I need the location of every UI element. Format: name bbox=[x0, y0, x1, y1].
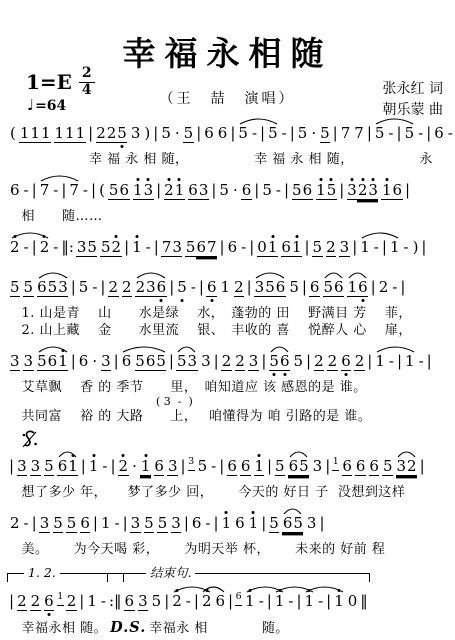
note-token: 1 bbox=[274, 593, 285, 610]
note-token: 225 bbox=[96, 125, 128, 143]
note-token: 6 bbox=[227, 458, 238, 476]
note-token: 5 bbox=[374, 125, 385, 142]
note-token: - bbox=[23, 182, 29, 199]
note-token: 323 bbox=[347, 182, 379, 200]
barline-token: | bbox=[164, 593, 169, 610]
notation-line: 2-|2-‖:3552|1-|73567|6-|0161|523|1-|1-)| bbox=[8, 228, 453, 265]
lyric-segment: 幸福永相 随。 bbox=[8, 621, 107, 636]
barline-token: | bbox=[32, 239, 37, 256]
note-token: - bbox=[403, 239, 409, 256]
notation-line: 6-|7-|7-|(5613|2163|5·6|5-|5615|32316| bbox=[8, 171, 453, 208]
barline-token: | bbox=[260, 125, 265, 142]
music-system: 6-|7-|7-|(5613|2163|5·6|5-|5615|32316| 相… bbox=[8, 171, 453, 225]
barline-token: | bbox=[306, 353, 311, 370]
note-token: 5 bbox=[177, 279, 188, 296]
barline-token: | bbox=[71, 353, 76, 370]
note-token: 6 bbox=[206, 279, 217, 297]
music-system: 33561|6·3|6565|533|223|565|2262|1-|1-| 艾… bbox=[8, 342, 453, 425]
note-token: 2 bbox=[30, 593, 41, 611]
music-system: |22612|1-:‖635|2-|26|61-|1-|1-|10‖1. 2.结… bbox=[8, 561, 453, 637]
barline-token: :‖ bbox=[109, 593, 122, 610]
note-token: 7 bbox=[39, 182, 50, 199]
barline-token: | bbox=[71, 279, 76, 296]
barline-token: | bbox=[228, 593, 233, 610]
barline-token: | bbox=[9, 593, 14, 610]
note-token: 2 bbox=[108, 279, 119, 297]
note-token: 5 bbox=[53, 515, 64, 533]
note-token: 1 bbox=[132, 239, 143, 256]
note-token: 356 bbox=[254, 279, 286, 297]
note-token: 56 bbox=[292, 182, 313, 200]
note-token: 567 bbox=[185, 239, 217, 257]
barline-token: | bbox=[220, 239, 225, 256]
note-token: 3 bbox=[339, 239, 350, 257]
note-token: 6 bbox=[121, 353, 132, 370]
note-token: - bbox=[318, 593, 324, 610]
note-token: 1 bbox=[405, 353, 416, 370]
barline-token: | bbox=[405, 182, 410, 199]
octave-dot-high bbox=[351, 178, 354, 181]
note-token: ( bbox=[10, 125, 17, 142]
note-token: · bbox=[311, 125, 317, 142]
barline-token: | bbox=[319, 515, 324, 532]
barline-token: | bbox=[153, 125, 158, 142]
note-token: 2 bbox=[17, 593, 28, 611]
note-token: 3 bbox=[17, 458, 28, 476]
note-token: 3 bbox=[30, 458, 41, 476]
note-token: 5 bbox=[44, 458, 55, 476]
note-token: 2 bbox=[66, 593, 77, 611]
note-token: - bbox=[288, 593, 294, 610]
note-token: 1 bbox=[389, 239, 400, 256]
note-token: - bbox=[251, 125, 257, 142]
note-token: 6 bbox=[369, 458, 380, 476]
note-token: 5 bbox=[161, 125, 172, 142]
barline-token: | bbox=[169, 279, 174, 296]
barline-token: | bbox=[123, 515, 128, 532]
lyric-line: 1. 山是青 山 水是绿 水， 蓬勃的 田 野满目 芳 菲， bbox=[8, 305, 453, 322]
barline-token: | bbox=[261, 353, 266, 370]
lyric-line: 美。 为今天喝 彩， 为明天举 杯， 未来的 好前 程 bbox=[8, 541, 453, 558]
note-token: 1 bbox=[220, 279, 231, 296]
barline-token: | bbox=[219, 458, 224, 475]
note-token: 1 bbox=[248, 515, 259, 532]
ending-label: 结束句. bbox=[146, 565, 195, 580]
lyric-line: 相 随…… bbox=[8, 208, 453, 225]
barline-token: | bbox=[261, 515, 266, 532]
note-token: 53 bbox=[176, 353, 197, 371]
note-token: 3 bbox=[167, 458, 178, 476]
barline-token: | bbox=[214, 353, 219, 370]
note-token: 3 bbox=[306, 515, 317, 532]
barline-token: | bbox=[352, 239, 357, 256]
note-token: 236 bbox=[135, 279, 167, 297]
barline-token: | bbox=[9, 458, 14, 475]
barline-token: | bbox=[267, 458, 272, 475]
lyric-line: 2. 山上藏 金 水里流 银、 丰收的 喜 悦醉人 心 扉， bbox=[8, 322, 453, 339]
barline-token: | bbox=[249, 239, 254, 256]
note-token: 6 bbox=[154, 458, 165, 476]
lyric-segment: 幸福永 相 随。 bbox=[149, 621, 289, 636]
octave-dot-low bbox=[283, 373, 286, 376]
barline-token: | bbox=[426, 125, 431, 142]
note-token: - bbox=[275, 182, 281, 199]
note-token: 6 bbox=[204, 125, 215, 142]
note-token: 2 bbox=[327, 353, 338, 371]
octave-dot-high bbox=[337, 589, 340, 592]
note-token: - bbox=[145, 239, 151, 256]
song-title: 幸福永相随 bbox=[0, 28, 455, 75]
note-token: 5 bbox=[320, 125, 331, 143]
note-token: 6 bbox=[309, 279, 320, 297]
note-token: 5 bbox=[275, 458, 286, 476]
note-token: 2 bbox=[314, 353, 325, 371]
barline-token: | bbox=[427, 353, 432, 370]
music-system: 2-|2-‖:3552|1-|73567|6-|0161|523|1-|1-)| bbox=[8, 228, 453, 265]
note-token: 3 bbox=[248, 353, 259, 371]
note-token: 653 bbox=[37, 279, 69, 297]
note-token: 5 bbox=[78, 279, 89, 296]
note-token: - bbox=[114, 515, 120, 532]
note-token: - bbox=[53, 239, 59, 256]
note-token: 5 bbox=[183, 125, 194, 143]
note-token: 2 bbox=[122, 279, 133, 297]
barline-token: | bbox=[267, 593, 272, 610]
barline-token: ‖ bbox=[360, 593, 368, 610]
note-token: 56 bbox=[269, 353, 290, 371]
note-token: 1 bbox=[304, 593, 315, 610]
octave-dot-high bbox=[205, 589, 208, 592]
note-token: 1 bbox=[88, 458, 99, 475]
note-token: 7 bbox=[69, 182, 80, 199]
barline-token: | bbox=[284, 182, 289, 199]
barline-token: | bbox=[61, 182, 66, 199]
note-token: ) bbox=[144, 125, 151, 142]
note-token: ( bbox=[99, 182, 106, 199]
note-token: 52 bbox=[100, 239, 121, 257]
note-token: 5 bbox=[219, 182, 230, 199]
octave-dot-high bbox=[135, 235, 138, 238]
note-token: 5 bbox=[404, 125, 415, 142]
note-token: 6 bbox=[215, 593, 226, 610]
note-token: - bbox=[100, 593, 106, 610]
note-token: - bbox=[102, 458, 108, 475]
note-token: 6 bbox=[240, 458, 251, 476]
barline-token: | bbox=[421, 239, 426, 256]
note-token: 7 bbox=[354, 125, 365, 142]
note-token: - bbox=[447, 125, 453, 142]
note-token: 561 bbox=[37, 353, 69, 371]
barline-token: | bbox=[79, 593, 84, 610]
octave-dot-high bbox=[295, 235, 298, 238]
note-token: 6 bbox=[355, 458, 366, 476]
note-token: 6 bbox=[341, 353, 352, 371]
note-token: · bbox=[232, 182, 238, 199]
note-token: 1 bbox=[245, 593, 256, 610]
octave-dot-high bbox=[122, 454, 125, 457]
barline-token: | bbox=[154, 239, 159, 256]
note-token: · bbox=[132, 458, 138, 475]
barline-token: | bbox=[296, 593, 301, 610]
octave-dot-high bbox=[225, 511, 228, 514]
grace-note: 1 bbox=[332, 453, 339, 471]
barline-token: | bbox=[156, 182, 161, 199]
note-token: 5 bbox=[289, 279, 300, 296]
lyric-line: 想了多少 年， 梦了多少 回， 今天的 好日 子 没想到这样 bbox=[8, 484, 453, 501]
octave-dot-high bbox=[167, 178, 170, 181]
note-token: 1 bbox=[360, 239, 371, 256]
note-token: 16 bbox=[347, 279, 368, 297]
barline-token: | bbox=[181, 458, 186, 475]
segno-icon bbox=[21, 430, 39, 450]
notation-line: 33561|6·3|6565|533|223|565|2262|1-|1-| bbox=[8, 342, 453, 379]
barline-token: | bbox=[397, 125, 402, 142]
barline-token: | bbox=[325, 458, 330, 475]
note-token: 3 bbox=[101, 353, 112, 371]
note-token: 6 bbox=[44, 593, 55, 611]
note-token: 32 bbox=[396, 458, 417, 476]
octave-dot-low bbox=[121, 145, 124, 148]
note-token: 2 bbox=[234, 279, 245, 297]
note-token: 16 bbox=[381, 182, 402, 200]
note-token: 111 bbox=[54, 125, 86, 143]
note-token: - bbox=[258, 593, 264, 610]
barline-token: | bbox=[32, 182, 37, 199]
lyric-line: 幸福永相 随。D.S.幸福永 相 随。 bbox=[8, 619, 453, 637]
octave-dot-low bbox=[344, 373, 347, 376]
note-token: 565 bbox=[135, 353, 167, 371]
note-token: - bbox=[373, 239, 379, 256]
octave-dot-high bbox=[92, 454, 95, 457]
note-token: 5 bbox=[197, 458, 208, 475]
note-token: - bbox=[388, 353, 394, 370]
note-token: 63 bbox=[188, 182, 209, 200]
note-token: 65 bbox=[282, 515, 303, 533]
note-token: 2 bbox=[39, 239, 50, 256]
note-token: 5 bbox=[297, 125, 308, 142]
note-token: 3 bbox=[130, 515, 141, 533]
note-token: 21 bbox=[164, 182, 185, 200]
note-token: 65 bbox=[288, 458, 309, 476]
note-token: 3 bbox=[10, 353, 21, 371]
note-token: 6 bbox=[10, 182, 21, 199]
octave-dot-low bbox=[47, 613, 50, 616]
barline-token: | bbox=[333, 125, 338, 142]
note-token: - bbox=[92, 279, 98, 296]
note-token: - bbox=[241, 239, 247, 256]
octave-dot-high bbox=[178, 178, 181, 181]
note-token: 61 bbox=[57, 458, 78, 476]
note-token: - bbox=[418, 125, 424, 142]
barline-token: | bbox=[304, 239, 309, 256]
score: (111111|2253)|5·5|66|5-|5-|5·5|77|5-|5-|… bbox=[8, 114, 453, 640]
lyric-line: 共同富 裕 的 大路 上， 咱懂得为 咱 引路的是 谁。 bbox=[8, 408, 453, 425]
octave-dot-low bbox=[210, 299, 213, 302]
note-token: 2 bbox=[118, 458, 129, 476]
note-token: 1 bbox=[254, 458, 265, 476]
note-token: 5 bbox=[268, 125, 279, 142]
octave-dot-high bbox=[61, 349, 64, 352]
barline-token: | bbox=[32, 515, 37, 532]
note-token: 01 bbox=[257, 239, 278, 257]
barline-token: | bbox=[184, 515, 189, 532]
note-token: 2 bbox=[326, 239, 337, 257]
note-token: 15 bbox=[316, 182, 337, 200]
octave-dot-high bbox=[361, 178, 364, 181]
note-token: - bbox=[23, 239, 29, 256]
barline-token: | bbox=[169, 353, 174, 370]
barline-token: | bbox=[326, 593, 331, 610]
ds-marker: D.S. bbox=[107, 619, 149, 636]
notation-line: 55653|5-|22236|5-|612|3565|65616|2-| bbox=[8, 268, 453, 305]
octave-dot-high bbox=[13, 235, 16, 238]
note-token: 111 bbox=[19, 125, 51, 143]
music-system: 2-|3556|1-|3553|6-|161|5653| 美。 为今天喝 彩， … bbox=[8, 504, 453, 558]
octave-dot-low bbox=[181, 299, 184, 302]
note-token: 3 bbox=[130, 125, 141, 142]
note-token: 3 bbox=[171, 515, 182, 533]
music-system: |33561|1-|2·163|35-|661|5653|1666532| 想了… bbox=[8, 428, 453, 501]
barline-token: | bbox=[214, 515, 219, 532]
note-token: - bbox=[23, 515, 29, 532]
note-token: 1 bbox=[221, 515, 232, 532]
octave-dot-high bbox=[372, 178, 375, 181]
barline-token: | bbox=[93, 515, 98, 532]
octave-dot-high bbox=[248, 589, 251, 592]
note-token: - bbox=[185, 593, 191, 610]
grace-note: 6 bbox=[235, 588, 242, 606]
note-token: 13 bbox=[133, 182, 154, 200]
music-system: 55653|5-|22236|5-|612|3565|65616|2-| 1. … bbox=[8, 268, 453, 339]
note-token: 5 bbox=[144, 515, 155, 533]
octave-dot-low bbox=[361, 299, 364, 302]
note-token: 2 bbox=[10, 239, 21, 256]
octave-dot-high bbox=[72, 454, 75, 457]
note-token: 5 bbox=[10, 279, 21, 297]
octave-dot-high bbox=[176, 589, 179, 592]
notation-line: |33561|1-|2·163|35-|661|5653|1666532| bbox=[8, 428, 453, 484]
barline-token: | bbox=[254, 182, 259, 199]
octave-dot-high bbox=[278, 589, 281, 592]
barline-token: | bbox=[100, 279, 105, 296]
barline-token: | bbox=[367, 125, 372, 142]
note-token: 5 bbox=[269, 515, 280, 533]
barline-token: | bbox=[110, 458, 115, 475]
octave-dot-high bbox=[136, 178, 139, 181]
note-token: 2 bbox=[221, 353, 232, 371]
barline-token: | bbox=[88, 125, 93, 142]
octave-dot-high bbox=[319, 178, 322, 181]
lyric-line: 艾草飘 香 的 季节 里， 咱知道应 该 感恩的是 谁。 bbox=[8, 379, 453, 396]
triplet-annotation: ( 3 - ) bbox=[156, 396, 453, 408]
note-token: 5 bbox=[238, 125, 249, 142]
note-token: 35 bbox=[76, 239, 97, 257]
notation-line: 2-|3556|1-|3553|6-|161|5653| bbox=[8, 504, 453, 541]
music-system: (111111|2253)|5·5|66|5-|5-|5·5|77|5-|5-|… bbox=[8, 114, 453, 168]
note-token: 6 bbox=[217, 125, 228, 142]
barline-token: | bbox=[91, 182, 96, 199]
note-token: 2 bbox=[378, 279, 389, 296]
note-token: 61 bbox=[281, 239, 302, 257]
note-token: 3 bbox=[312, 458, 323, 475]
note-token: 1 bbox=[375, 353, 386, 370]
barline-token: | bbox=[302, 279, 307, 296]
note-token: 6 bbox=[191, 515, 202, 532]
note-token: 2 bbox=[354, 353, 365, 371]
note-token: 1 bbox=[334, 593, 345, 610]
grace-note: 3 bbox=[188, 453, 195, 471]
note-token: 2 bbox=[172, 593, 183, 610]
note-token: 6 bbox=[80, 515, 91, 533]
barline-token: | bbox=[339, 182, 344, 199]
barline-token: | bbox=[81, 458, 86, 475]
note-token: 5 bbox=[293, 353, 304, 370]
note-token: - bbox=[211, 458, 217, 475]
barline-token: | bbox=[247, 279, 252, 296]
note-token: · bbox=[92, 353, 98, 370]
barline-token: | bbox=[382, 239, 387, 256]
note-token: 5 bbox=[262, 182, 273, 199]
note-token: 0 bbox=[347, 593, 358, 610]
note-token: 1 bbox=[140, 458, 151, 476]
note-token: - bbox=[205, 515, 211, 532]
barline-token: | bbox=[114, 353, 119, 370]
note-token: · bbox=[174, 125, 180, 142]
barline-token: | bbox=[420, 458, 425, 475]
lyricist-credit: 张永红 词 bbox=[383, 79, 443, 100]
notation-line: |22612|1-:‖635|2-|26|61-|1-|1-|10‖1. 2.结… bbox=[8, 561, 453, 619]
note-token: 6 bbox=[342, 458, 353, 476]
barline-token: | bbox=[367, 353, 372, 370]
note-token: 3 bbox=[39, 515, 50, 533]
note-token: 6 bbox=[78, 353, 89, 370]
note-token: - bbox=[418, 353, 424, 370]
barline-token: | bbox=[371, 279, 376, 296]
barline-token: | bbox=[199, 279, 204, 296]
note-token: 6 bbox=[227, 239, 238, 256]
note-token: 2 bbox=[235, 353, 246, 371]
note-token: 5 bbox=[382, 458, 393, 476]
octave-dot-low bbox=[273, 373, 276, 376]
octave-dot-high bbox=[308, 589, 311, 592]
note-token: 56 bbox=[323, 279, 344, 297]
note-token: - bbox=[53, 182, 59, 199]
note-token: - bbox=[281, 125, 287, 142]
note-token: 2 bbox=[201, 593, 212, 610]
note-token: - bbox=[190, 279, 196, 296]
note-token: 3 bbox=[201, 353, 212, 370]
note-token: 5 bbox=[312, 239, 323, 257]
note-token: 56 bbox=[108, 182, 129, 200]
note-token: 5 bbox=[66, 515, 77, 533]
barline-token: ‖: bbox=[61, 239, 74, 256]
note-token: 3 bbox=[23, 353, 34, 371]
barline-token: | bbox=[400, 279, 405, 296]
ending-bracket: 结束句. bbox=[107, 573, 370, 582]
note-token: 73 bbox=[161, 239, 182, 257]
notation-line: (111111|2253)|5·5|66|5-|5-|5·5|77|5-|5-|… bbox=[8, 114, 453, 151]
barline-token: | bbox=[397, 353, 402, 370]
octave-dot-high bbox=[144, 454, 147, 457]
note-token: - bbox=[392, 279, 398, 296]
octave-dot-high bbox=[147, 178, 150, 181]
barline-token: | bbox=[196, 125, 201, 142]
note-token: 5 bbox=[151, 593, 162, 610]
note-token: 7 bbox=[340, 125, 351, 142]
note-token: 3 bbox=[138, 593, 149, 611]
grace-note: 1 bbox=[57, 588, 64, 606]
note-token: 6 bbox=[434, 125, 445, 142]
